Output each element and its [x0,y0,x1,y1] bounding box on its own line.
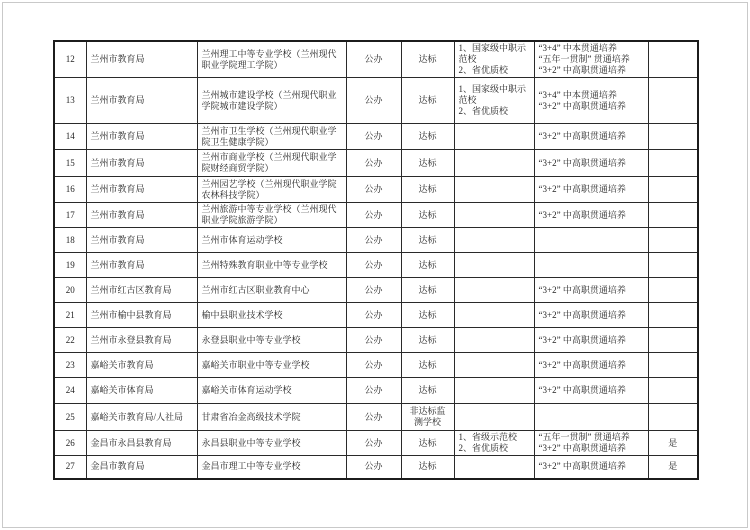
cell-school-type: 公办 [346,328,401,353]
cell-programs: “3+2” 中高职贯通培养 [534,328,648,353]
cell-bureau: 兰州市教育局 [86,253,197,278]
cell-row-number: 16 [54,177,86,203]
table-row: 17兰州市教育局兰州旅游中等专业学校（兰州现代职业学院旅游学院）公办达标“3+2… [54,203,698,228]
cell-bureau: 嘉峪关市教育局 [86,353,197,378]
table-row: 18兰州市教育局兰州市体育运动学校公办达标 [54,228,698,253]
table-row: 22兰州市永登县教育局永登县职业中等专业学校公办达标“3+2” 中高职贯通培养 [54,328,698,353]
cell-standard: 达标 [401,78,454,124]
cell-school-name: 兰州城市建设学校（兰州现代职业学院城市建设学院） [197,78,346,124]
cell-standard: 非达标监测学校 [401,404,454,431]
cell-classification [454,353,534,378]
cell-school-name: 榆中县职业技术学校 [197,303,346,328]
table-row: 24嘉峪关市体育局嘉峪关市体育运动学校公办达标“3+2” 中高职贯通培养 [54,378,698,404]
cell-classification [454,150,534,177]
cell-bureau: 兰州市教育局 [86,228,197,253]
cell-school-type: 公办 [346,378,401,404]
cell-row-number: 22 [54,328,86,353]
cell-bureau: 兰州市教育局 [86,177,197,203]
cell-standard: 达标 [401,228,454,253]
cell-bureau: 兰州市教育局 [86,150,197,177]
cell-flag [648,404,698,431]
cell-standard: 达标 [401,150,454,177]
cell-programs: “3+2” 中高职贯通培养 [534,203,648,228]
cell-flag [648,278,698,303]
cell-standard: 达标 [401,177,454,203]
cell-row-number: 27 [54,456,86,479]
cell-school-name: 兰州理工中等专业学校（兰州现代职业学院理工学院） [197,41,346,78]
cell-flag [648,124,698,150]
cell-programs: “3+2” 中高职贯通培养 [534,124,648,150]
cell-flag [648,353,698,378]
cell-flag [648,303,698,328]
cell-programs: “3+2” 中高职贯通培养 [534,177,648,203]
cell-row-number: 15 [54,150,86,177]
cell-school-type: 公办 [346,41,401,78]
cell-bureau: 兰州市榆中县教育局 [86,303,197,328]
cell-standard: 达标 [401,456,454,479]
cell-standard: 达标 [401,124,454,150]
cell-classification [454,378,534,404]
cell-row-number: 12 [54,41,86,78]
cell-school-type: 公办 [346,228,401,253]
cell-programs: “3+2” 中高职贯通培养 [534,278,648,303]
cell-school-type: 公办 [346,78,401,124]
cell-classification [454,328,534,353]
cell-classification [454,177,534,203]
cell-school-name: 兰州市卫生学校（兰州现代职业学院卫生健康学院） [197,124,346,150]
cell-standard: 达标 [401,378,454,404]
cell-flag [648,41,698,78]
cell-bureau: 兰州市教育局 [86,41,197,78]
cell-classification: 1、国家级中职示范校 2、省优质校 [454,78,534,124]
cell-flag [648,150,698,177]
cell-school-type: 公办 [346,431,401,456]
cell-bureau: 嘉峪关市教育局/人社局 [86,404,197,431]
cell-row-number: 20 [54,278,86,303]
cell-row-number: 13 [54,78,86,124]
cell-school-type: 公办 [346,353,401,378]
cell-programs: “3+2” 中高职贯通培养 [534,456,648,479]
cell-bureau: 兰州市教育局 [86,124,197,150]
cell-school-type: 公办 [346,203,401,228]
cell-classification [454,203,534,228]
cell-row-number: 24 [54,378,86,404]
cell-programs [534,253,648,278]
cell-classification [454,253,534,278]
cell-bureau: 兰州市教育局 [86,78,197,124]
cell-school-name: 嘉峪关市体育运动学校 [197,378,346,404]
cell-classification: 1、省级示范校 2、省优质校 [454,431,534,456]
cell-flag: 是 [648,431,698,456]
cell-classification [454,278,534,303]
cell-standard: 达标 [401,431,454,456]
cell-school-name: 甘肃省冶金高级技术学院 [197,404,346,431]
cell-classification [454,404,534,431]
cell-school-type: 公办 [346,253,401,278]
cell-school-name: 永登县职业中等专业学校 [197,328,346,353]
cell-bureau: 兰州市教育局 [86,203,197,228]
cell-row-number: 26 [54,431,86,456]
cell-row-number: 17 [54,203,86,228]
cell-school-name: 兰州市红古区职业教育中心 [197,278,346,303]
cell-standard: 达标 [401,353,454,378]
cell-school-type: 公办 [346,124,401,150]
table-row: 20兰州市红古区教育局兰州市红古区职业教育中心公办达标“3+2” 中高职贯通培养 [54,278,698,303]
cell-bureau: 金昌市永昌县教育局 [86,431,197,456]
cell-classification: 1、国家级中职示范校 2、省优质校 [454,41,534,78]
school-list-table: 12兰州市教育局兰州理工中等专业学校（兰州现代职业学院理工学院）公办达标1、国家… [53,40,699,480]
table-body: 12兰州市教育局兰州理工中等专业学校（兰州现代职业学院理工学院）公办达标1、国家… [54,41,698,479]
cell-programs: “3+4” 中本贯通培养 “3+2” 中高职贯通培养 [534,78,648,124]
cell-programs [534,404,648,431]
cell-school-name: 永昌县职业中等专业学校 [197,431,346,456]
cell-standard: 达标 [401,328,454,353]
cell-bureau: 嘉峪关市体育局 [86,378,197,404]
cell-school-name: 嘉峪关市职业中等专业学校 [197,353,346,378]
cell-programs: “五年一贯制” 贯通培养 “3+2” 中高职贯通培养 [534,431,648,456]
cell-standard: 达标 [401,303,454,328]
cell-school-type: 公办 [346,456,401,479]
cell-flag [648,177,698,203]
table-row: 19兰州市教育局兰州特殊教育职业中等专业学校公办达标 [54,253,698,278]
cell-programs: “3+2” 中高职贯通培养 [534,303,648,328]
cell-school-type: 公办 [346,278,401,303]
cell-flag [648,78,698,124]
cell-school-name: 金昌市理工中等专业学校 [197,456,346,479]
cell-flag [648,253,698,278]
cell-school-type: 公办 [346,177,401,203]
cell-standard: 达标 [401,278,454,303]
cell-school-name: 兰州特殊教育职业中等专业学校 [197,253,346,278]
table-row: 14兰州市教育局兰州市卫生学校（兰州现代职业学院卫生健康学院）公办达标“3+2”… [54,124,698,150]
cell-flag [648,203,698,228]
table-row: 21兰州市榆中县教育局榆中县职业技术学校公办达标“3+2” 中高职贯通培养 [54,303,698,328]
cell-programs: “3+2” 中高职贯通培养 [534,353,648,378]
table-row: 16兰州市教育局兰州园艺学校（兰州现代职业学院农林科技学院）公办达标“3+2” … [54,177,698,203]
table-row: 13兰州市教育局兰州城市建设学校（兰州现代职业学院城市建设学院）公办达标1、国家… [54,78,698,124]
table-row: 23嘉峪关市教育局嘉峪关市职业中等专业学校公办达标“3+2” 中高职贯通培养 [54,353,698,378]
cell-classification [454,124,534,150]
table-row: 26金昌市永昌县教育局永昌县职业中等专业学校公办达标1、省级示范校 2、省优质校… [54,431,698,456]
cell-school-name: 兰州市商业学校（兰州现代职业学院财经商贸学院） [197,150,346,177]
cell-row-number: 14 [54,124,86,150]
document-page: 12兰州市教育局兰州理工中等专业学校（兰州现代职业学院理工学院）公办达标1、国家… [2,2,748,528]
cell-school-name: 兰州园艺学校（兰州现代职业学院农林科技学院） [197,177,346,203]
cell-classification [454,228,534,253]
cell-flag [648,328,698,353]
table-row: 25嘉峪关市教育局/人社局甘肃省冶金高级技术学院公办非达标监测学校 [54,404,698,431]
cell-school-type: 公办 [346,303,401,328]
cell-bureau: 兰州市红古区教育局 [86,278,197,303]
cell-standard: 达标 [401,41,454,78]
cell-programs [534,228,648,253]
table-row: 12兰州市教育局兰州理工中等专业学校（兰州现代职业学院理工学院）公办达标1、国家… [54,41,698,78]
table-row: 27金昌市教育局金昌市理工中等专业学校公办达标“3+2” 中高职贯通培养是 [54,456,698,479]
cell-flag [648,228,698,253]
cell-flag [648,378,698,404]
cell-row-number: 25 [54,404,86,431]
cell-row-number: 19 [54,253,86,278]
cell-flag: 是 [648,456,698,479]
cell-row-number: 18 [54,228,86,253]
cell-row-number: 21 [54,303,86,328]
cell-classification [454,303,534,328]
table-row: 15兰州市教育局兰州市商业学校（兰州现代职业学院财经商贸学院）公办达标“3+2”… [54,150,698,177]
cell-standard: 达标 [401,203,454,228]
cell-programs: “3+4” 中本贯通培养 “五年一贯制” 贯通培养 “3+2” 中高职贯通培养 [534,41,648,78]
cell-bureau: 兰州市永登县教育局 [86,328,197,353]
cell-school-name: 兰州旅游中等专业学校（兰州现代职业学院旅游学院） [197,203,346,228]
cell-row-number: 23 [54,353,86,378]
cell-programs: “3+2” 中高职贯通培养 [534,150,648,177]
cell-programs: “3+2” 中高职贯通培养 [534,378,648,404]
cell-classification [454,456,534,479]
cell-standard: 达标 [401,253,454,278]
cell-bureau: 金昌市教育局 [86,456,197,479]
cell-school-type: 公办 [346,150,401,177]
cell-school-name: 兰州市体育运动学校 [197,228,346,253]
cell-school-type: 公办 [346,404,401,431]
